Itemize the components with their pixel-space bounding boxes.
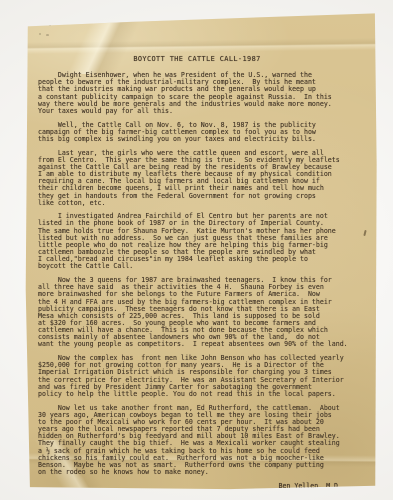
paragraph-ed-rutherford: Now let us take another front man, Ed Ru… — [38, 405, 370, 477]
paragraph-brainwashed-teenagers: Now the 3 queens for 1987 are brainwashe… — [38, 277, 370, 349]
pencil-marks — [35, 20, 69, 42]
paragraph-investigation: I investigated Andrea Fairchild of El Ce… — [38, 213, 370, 270]
document-title: BOYCOTT THE CATTLE CALL-1987 — [38, 56, 356, 63]
scan-background: BOYCOTT THE CATTLE CALL-1987 Dwight Eise… — [0, 0, 393, 500]
paragraph-cattle-call-dates: Well, the Cattle Call on Nov. 6, to Nov.… — [38, 122, 370, 143]
paragraph-queens-el-centro: Last year, the girls who were the cattle… — [38, 150, 370, 207]
paper-crease-top — [25, 38, 377, 54]
paragraph-john-benson: Now the complex has front men like John … — [38, 355, 370, 398]
leaflet-paper: BOYCOTT THE CATTLE CALL-1987 Dwight Eise… — [25, 10, 377, 492]
document-body: BOYCOTT THE CATTLE CALL-1987 Dwight Eise… — [38, 56, 370, 492]
paragraph-eisenhower-warning: Dwight Eisenhower, when he was President… — [38, 72, 370, 115]
signature: Ben Yellen, M.D. — [38, 483, 342, 490]
